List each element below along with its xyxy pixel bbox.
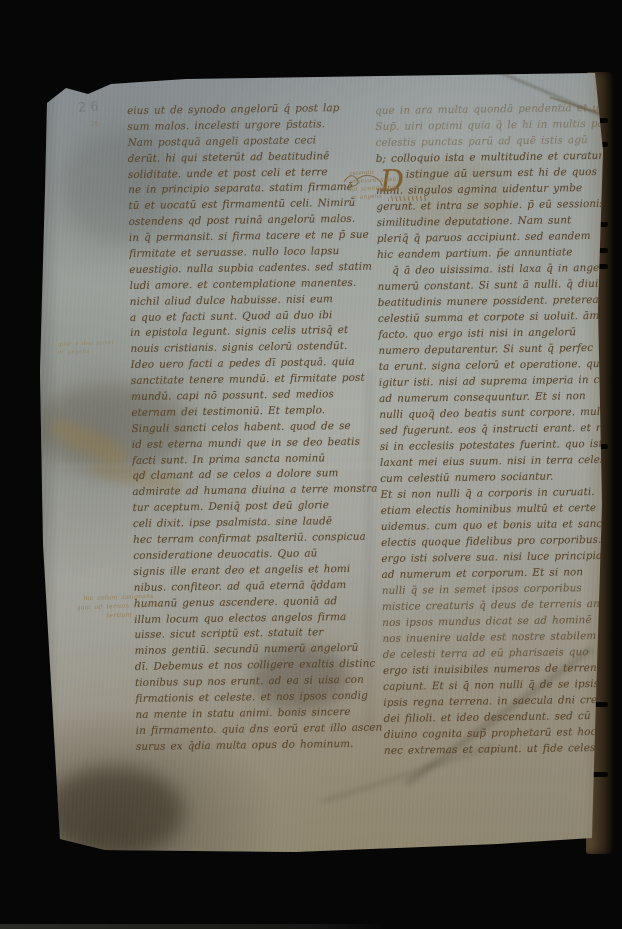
margin-note-lower: hic celum assignansquia ad terram superi… — [64, 592, 175, 623]
manuscript-line: celestis punctas parū ad quē istis agū — [375, 134, 601, 153]
manuscript-page: 26 26 eius ut de synodo angelorū q́ post… — [36, 72, 612, 858]
folio-number-small: 26 — [90, 120, 99, 128]
sewing-notch — [592, 772, 608, 777]
slide-frame-edge — [0, 924, 386, 929]
manuscript-line: surus ex q̄dia multa opus do hominum. — [136, 737, 386, 756]
manuscript-line: de celesti terra ad eū pharisaeis quo — [383, 646, 609, 665]
photo-stage: 26 26 eius ut de synodo angelorū q́ post… — [0, 0, 622, 929]
text-column-left: eius ut de synodo angelorū q́ post lapsu… — [127, 102, 386, 757]
gutter-gloss-note: ostenditangelorū lapsūad similitudinēet … — [349, 169, 397, 203]
folio-number: 26 — [78, 99, 104, 116]
stain-yellow-streak — [47, 414, 132, 469]
manuscript-line: nec extremas et capiunt. ut fide celesti… — [384, 742, 610, 761]
stain-bottom-left — [44, 767, 184, 857]
